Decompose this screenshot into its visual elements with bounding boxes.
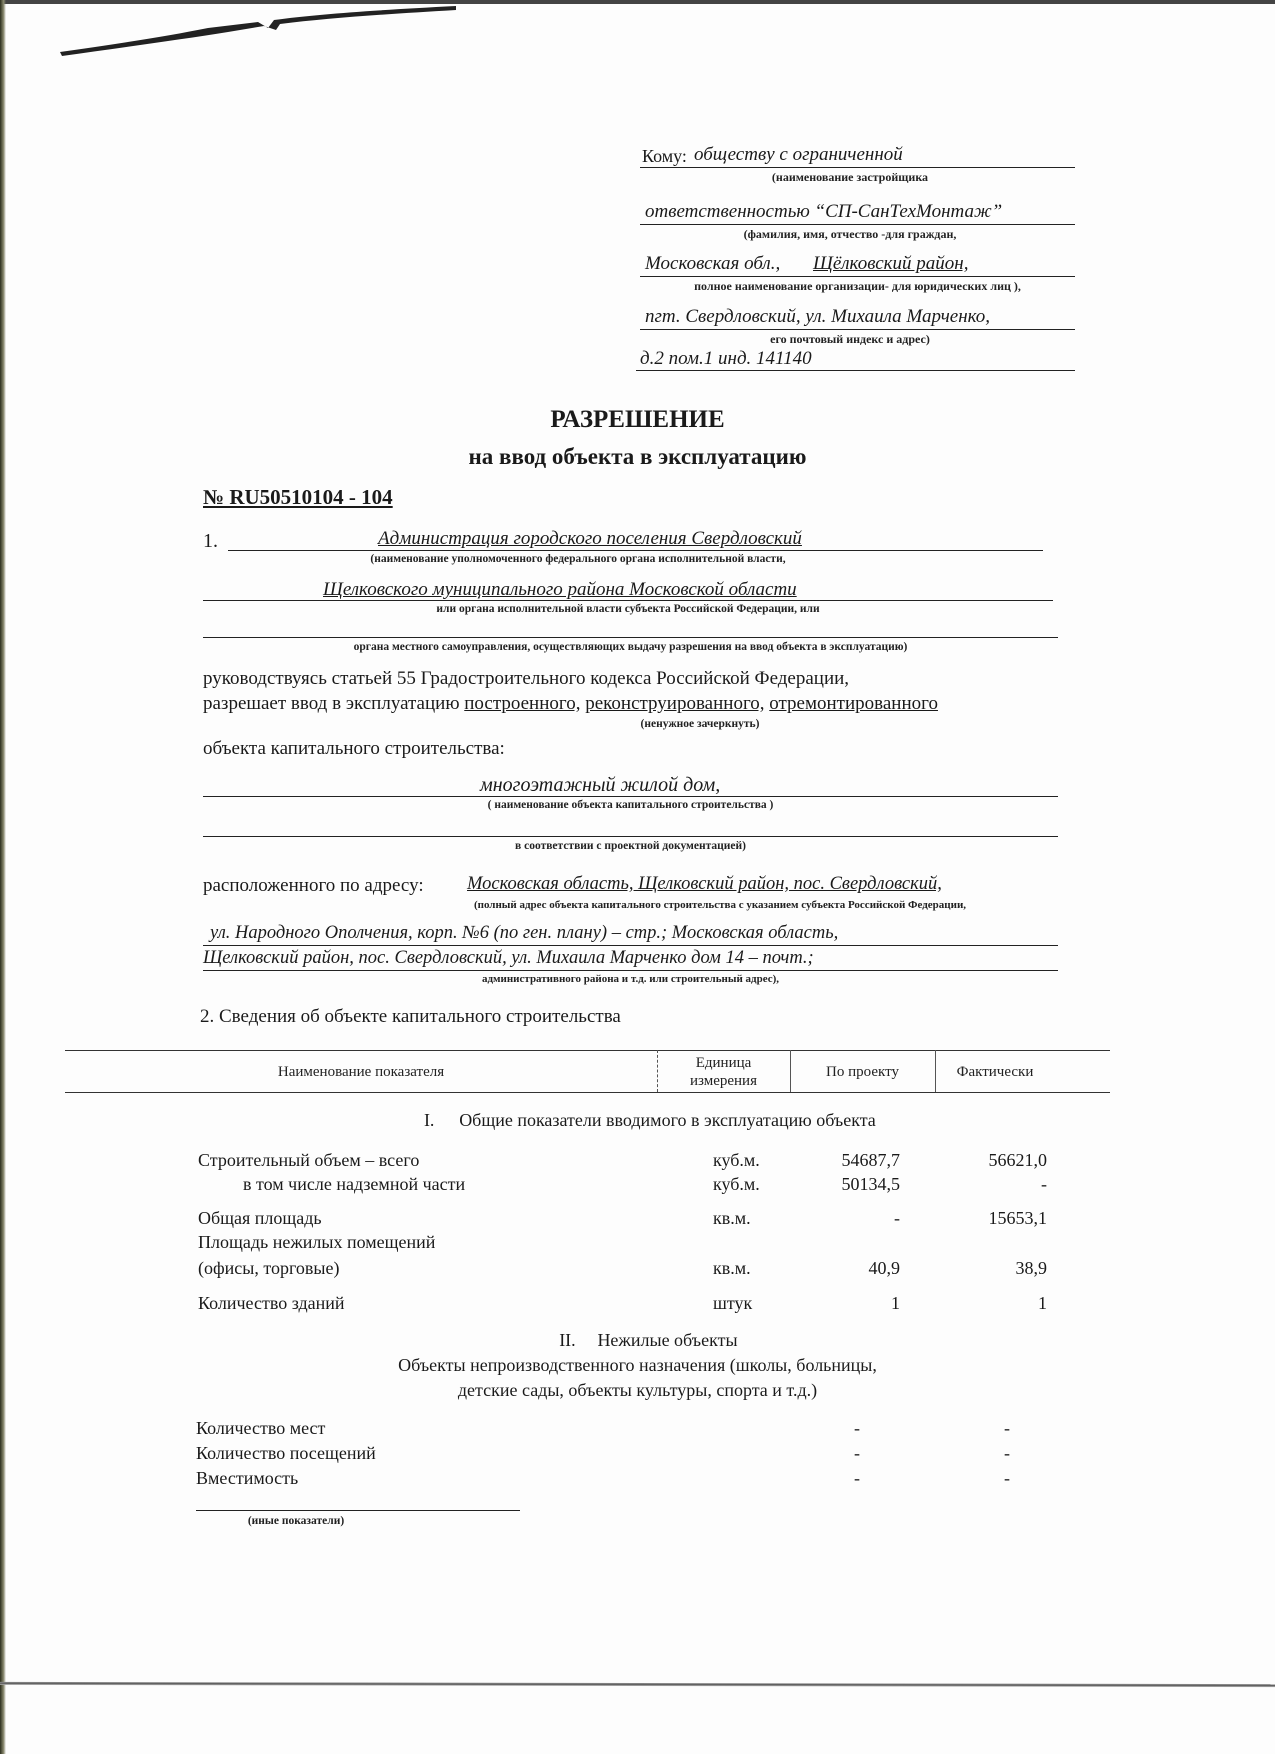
body-line2-prefix: разрешает ввод в эксплуатацию — [203, 693, 464, 714]
hint-federal-authority: (наименование уполномоченного федерально… — [228, 553, 928, 565]
row-label: Количество посещений — [196, 1443, 376, 1464]
row-actual-value: 15653,1 — [930, 1208, 1047, 1229]
addressee-line1: обществу с ограниченной — [694, 144, 903, 166]
underline — [640, 276, 1075, 277]
group1-roman: I. — [399, 1110, 459, 1131]
scan-fold-line — [0, 1682, 1275, 1687]
underline — [640, 167, 1075, 168]
table-top-border — [65, 1050, 1110, 1051]
hint-organization: полное наименование организации- для юри… — [640, 279, 1075, 294]
address-line3: Щелковский район, пос. Свердловский, ул.… — [203, 948, 814, 969]
header-unit-line2: измерения — [657, 1072, 790, 1090]
hint-project-docs: в соответствии с проектной документацией… — [203, 840, 1058, 852]
row-actual-value: - — [930, 1468, 1010, 1489]
row-actual-value: - — [930, 1443, 1010, 1464]
underline — [636, 370, 1075, 371]
row-unit: куб.м. — [713, 1174, 760, 1195]
row-project-value: - — [790, 1418, 860, 1439]
hint-strike: (ненужное зачеркнуть) — [600, 718, 800, 730]
row-project-value: - — [780, 1208, 900, 1229]
option-built: построенного, — [464, 693, 580, 714]
document-title: РАЗРЕШЕНИЕ — [0, 406, 1275, 434]
hint-regional-authority: или органа исполнительной власти субъект… — [203, 603, 1053, 615]
address-label: расположенного по адресу: — [203, 875, 424, 897]
hint-developer: (наименование застройщика — [700, 170, 1000, 185]
body-line2: разрешает ввод в эксплуатацию построенно… — [203, 693, 938, 715]
header-project: По проекту — [790, 1064, 935, 1081]
group1-heading: I.Общие показатели вводимого в эксплуата… — [0, 1110, 1275, 1131]
row-label: Вместимость — [196, 1468, 298, 1489]
row-actual-value: 1 — [930, 1293, 1047, 1314]
addressee-line5: д.2 пом.1 инд. 141140 — [640, 348, 812, 370]
underline — [203, 600, 1053, 601]
underline — [640, 224, 1075, 225]
row-unit: куб.м. — [713, 1150, 760, 1171]
row-project-value: - — [790, 1443, 860, 1464]
row-actual-value: - — [930, 1418, 1010, 1439]
row-project-value: 54687,7 — [780, 1150, 900, 1171]
address-line2: ул. Народного Ополчения, корп. №6 (по ге… — [210, 923, 838, 944]
addressee-line3a: Московская обл., — [645, 253, 780, 275]
scan-edge-top — [0, 0, 1275, 4]
group2-title: Нежилые объекты — [597, 1330, 737, 1350]
header-unit: Единица измерения — [657, 1054, 790, 1090]
row-label: Общая площадь — [198, 1208, 322, 1229]
hint-postal: его почтовый индекс и адрес) — [700, 332, 1000, 347]
row-label: Строительный объем – всего — [198, 1150, 419, 1171]
scan-smudge — [58, 6, 458, 56]
header-actual: Фактически — [935, 1064, 1055, 1081]
object-name: многоэтажный жилой дом, — [480, 774, 720, 797]
header-indicator-name: Наименование показателя — [65, 1064, 657, 1081]
underline — [203, 796, 1058, 797]
addressee-line3b: Щёлковский район, — [813, 253, 968, 275]
underline — [203, 970, 1058, 971]
body-line3: объекта капитального строительства: — [203, 738, 505, 760]
permit-number: № RU50510104 - 104 — [203, 485, 393, 510]
address-line1: Московская область, Щелковский район, по… — [467, 874, 942, 895]
row-label: Количество зданий — [198, 1293, 345, 1314]
underline-other-indicators — [196, 1510, 520, 1511]
row-label: (офисы, торговые) — [198, 1258, 340, 1279]
option-reconstructed-struck: реконструированного, — [585, 693, 764, 714]
group2-roman: II. — [537, 1330, 597, 1351]
row-unit: штук — [713, 1293, 752, 1314]
authority-line2: Щелковского муниципального района Москов… — [323, 579, 797, 601]
scan-edge-left — [0, 0, 6, 1754]
row-actual-value: - — [930, 1174, 1047, 1195]
underline — [228, 550, 1043, 551]
hint-admin-district: административного района и т.д. или стро… — [203, 973, 1058, 985]
header-unit-line1: Единица — [657, 1054, 790, 1072]
addressee-line2: ответственностью “СП-СанТехМонтаж” — [645, 201, 1002, 223]
row-project-value: - — [790, 1468, 860, 1489]
row-project-value: 50134,5 — [780, 1174, 900, 1195]
hint-object-name: ( наименование объекта капитального стро… — [203, 799, 1058, 811]
row-actual-value: 56621,0 — [930, 1150, 1047, 1171]
row-label: в том числе надземной части — [243, 1174, 465, 1195]
underline — [203, 637, 1058, 638]
addressee-line4: пгт. Свердловский, ул. Михаила Марченко, — [645, 306, 990, 328]
row-unit: кв.м. — [713, 1208, 751, 1229]
group2-subtitle2: детские сады, объекты культуры, спорта и… — [0, 1380, 1275, 1401]
body-line1: руководствуясь статьей 55 Градостроитель… — [203, 668, 849, 690]
authority-line1: Администрация городского поселения Сверд… — [378, 528, 802, 550]
row-project-value: 40,9 — [780, 1258, 900, 1279]
option-repaired-struck: отремонтированного — [769, 693, 938, 714]
row-label: Площадь нежилых помещений — [198, 1232, 435, 1253]
hint-other-indicators: (иные показатели) — [196, 1515, 396, 1527]
section2-title: 2. Сведения об объекте капитального стро… — [200, 1006, 621, 1028]
underline — [203, 836, 1058, 837]
group1-title: Общие показатели вводимого в эксплуатаци… — [459, 1110, 876, 1130]
row-actual-value: 38,9 — [930, 1258, 1047, 1279]
hint-citizen: (фамилия, имя, отчество -для граждан, — [700, 227, 1000, 242]
row-label: Количество мест — [196, 1418, 325, 1439]
group2-heading: II.Нежилые объекты — [0, 1330, 1275, 1351]
row-project-value: 1 — [780, 1293, 900, 1314]
section1-number: 1. — [203, 530, 218, 553]
underline — [203, 945, 1058, 946]
group2-subtitle1: Объекты непроизводственного назначения (… — [0, 1355, 1275, 1376]
hint-local-authority: органа местного самоуправления, осуществ… — [203, 641, 1058, 653]
document-subtitle: на ввод объекта в эксплуатацию — [0, 444, 1275, 470]
underline — [640, 329, 1075, 330]
table-header-bottom-border — [65, 1092, 1110, 1093]
addressee-label: Кому: — [642, 146, 687, 167]
hint-full-address: (полный адрес объекта капитального строи… — [390, 899, 1050, 911]
row-unit: кв.м. — [713, 1258, 751, 1279]
